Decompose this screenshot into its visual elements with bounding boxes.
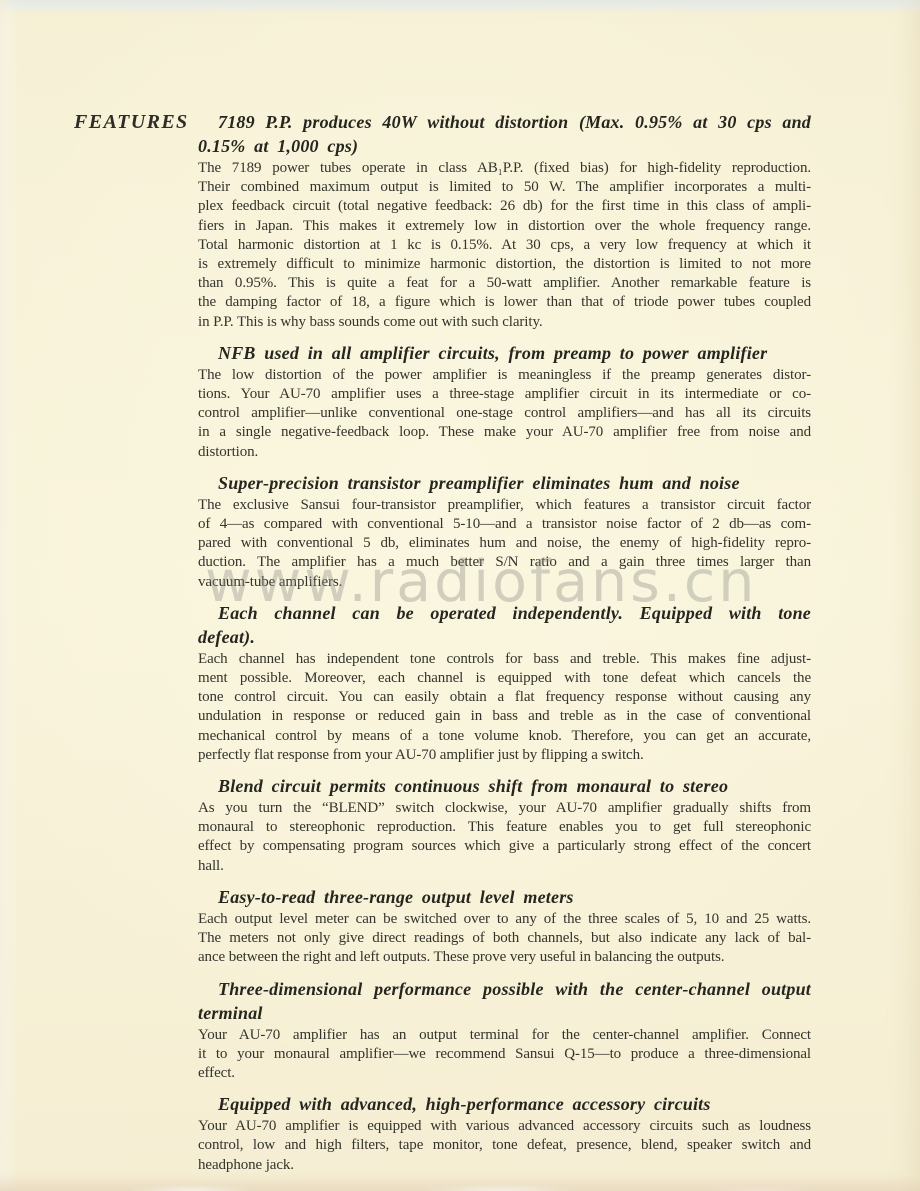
text-line: than 0.95%. This is quite a feat for a 5… <box>198 274 811 293</box>
page-title: FEATURES <box>74 111 189 134</box>
section-heading: Super-precision transistor preamplifier … <box>198 471 811 495</box>
section-body: Your AU-70 amplifier is equipped with va… <box>198 1117 811 1175</box>
text-line: in a single negative-feedback loop. Thes… <box>198 423 811 442</box>
feature-section: Easy-to-read three-range output level me… <box>198 885 811 968</box>
section-heading: 7189 P.P. produces 40W without distortio… <box>198 110 811 158</box>
text-line: undulation in response or reduced gain i… <box>198 707 811 726</box>
feature-section: NFB used in all amplifier circuits, from… <box>198 341 811 462</box>
features-content: 7189 P.P. produces 40W without distortio… <box>198 110 811 1175</box>
text-line: Each channel can be operated independent… <box>198 601 811 625</box>
text-line: mechanical control by means of a tone vo… <box>198 727 811 746</box>
section-heading: Easy-to-read three-range output level me… <box>198 885 811 909</box>
document-page: FEATURES 7189 P.P. produces 40W without … <box>0 0 920 1191</box>
text-line: headphone jack. <box>198 1156 811 1175</box>
text-line: The exclusive Sansui four-transistor pre… <box>198 496 811 515</box>
text-line: vacuum-tube amplifiers. <box>198 573 811 592</box>
text-line: As you turn the “BLEND” switch clockwise… <box>198 799 811 818</box>
text-line: Your AU-70 amplifier is equipped with va… <box>198 1117 811 1136</box>
text-line: 7189 P.P. produces 40W without distortio… <box>198 110 811 134</box>
text-line: The 7189 power tubes operate in class AB… <box>198 159 811 178</box>
text-line: The low distortion of the power amplifie… <box>198 366 811 385</box>
feature-section: Blend circuit permits continuous shift f… <box>198 774 811 876</box>
section-body: Your AU-70 amplifier has an output termi… <box>198 1026 811 1084</box>
section-body: The low distortion of the power amplifie… <box>198 366 811 462</box>
text-line: Each channel has independent tone contro… <box>198 650 811 669</box>
text-line: of 4—as compared with conventional 5-10—… <box>198 515 811 534</box>
text-line: Total harmonic distortion at 1 kc is 0.1… <box>198 236 811 255</box>
section-heading: Three-dimensional performance possible w… <box>198 977 811 1025</box>
text-line: is extremely difficult to minimize harmo… <box>198 255 811 274</box>
text-line: effect. <box>198 1064 811 1083</box>
text-line: control, low and high filters, tape moni… <box>198 1136 811 1155</box>
section-heading: Each channel can be operated independent… <box>198 601 811 649</box>
feature-section: Equipped with advanced, high-performance… <box>198 1092 811 1175</box>
section-heading: Equipped with advanced, high-performance… <box>198 1092 811 1116</box>
text-line: tone control circuit. You can easily obt… <box>198 688 811 707</box>
text-line: 0.15% at 1,000 cps) <box>198 134 811 158</box>
text-line: effect by compensating program sources w… <box>198 837 811 856</box>
section-heading: NFB used in all amplifier circuits, from… <box>198 341 811 365</box>
text-line: monaural to stereophonic reproduction. T… <box>198 818 811 837</box>
section-body: Each output level meter can be switched … <box>198 910 811 968</box>
text-line: Easy-to-read three-range output level me… <box>198 885 811 909</box>
section-body: As you turn the “BLEND” switch clockwise… <box>198 799 811 876</box>
text-line: Their combined maximum output is limited… <box>198 178 811 197</box>
feature-section: 7189 P.P. produces 40W without distortio… <box>198 110 811 332</box>
text-line: distortion. <box>198 443 811 462</box>
text-line: control amplifier—unlike conventional on… <box>198 404 811 423</box>
text-line: plex feedback circuit (total negative fe… <box>198 197 811 216</box>
scan-edge-left <box>0 0 18 1191</box>
feature-section: Super-precision transistor preamplifier … <box>198 471 811 592</box>
text-line: Blend circuit permits continuous shift f… <box>198 774 811 798</box>
section-body: The exclusive Sansui four-transistor pre… <box>198 496 811 592</box>
text-line: hall. <box>198 857 811 876</box>
text-line: it to your monaural amplifier—we recomme… <box>198 1045 811 1064</box>
section-body: The 7189 power tubes operate in class AB… <box>198 159 811 332</box>
text-line: defeat). <box>198 625 811 649</box>
text-line: the damping factor of 18, a figure which… <box>198 293 811 312</box>
text-line: terminal <box>198 1001 811 1025</box>
scan-edge-bottom <box>0 1175 920 1191</box>
text-line: in P.P. This is why bass sounds come out… <box>198 313 811 332</box>
text-line: ment possible. Moreover, each channel is… <box>198 669 811 688</box>
text-line: NFB used in all amplifier circuits, from… <box>198 341 811 365</box>
section-body: Each channel has independent tone contro… <box>198 650 811 765</box>
text-line: Three-dimensional performance possible w… <box>198 977 811 1001</box>
scan-edge-top <box>0 0 920 14</box>
text-line: pared with conventional 5 db, eliminates… <box>198 534 811 553</box>
feature-section: Three-dimensional performance possible w… <box>198 977 811 1084</box>
text-line: duction. The amplifier has a much better… <box>198 553 811 572</box>
text-line: perfectly flat response from your AU-70 … <box>198 746 811 765</box>
text-line: The meters not only give direct readings… <box>198 929 811 948</box>
text-line: Super-precision transistor preamplifier … <box>198 471 811 495</box>
text-line: Equipped with advanced, high-performance… <box>198 1092 811 1116</box>
text-line: fiers in Japan. This makes it extremely … <box>198 217 811 236</box>
text-line: tions. Your AU-70 amplifier uses a three… <box>198 385 811 404</box>
text-line: ance between the right and left outputs.… <box>198 948 811 967</box>
feature-section: Each channel can be operated independent… <box>198 601 811 765</box>
text-line: Your AU-70 amplifier has an output termi… <box>198 1026 811 1045</box>
text-line: Each output level meter can be switched … <box>198 910 811 929</box>
section-heading: Blend circuit permits continuous shift f… <box>198 774 811 798</box>
